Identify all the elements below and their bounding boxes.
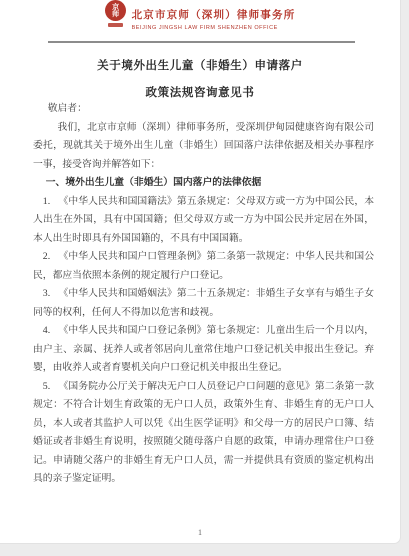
item-4-text: 《中华人民共和国户口登记条例》第七条规定：儿童出生后一个月以内，由户主、亲属、抚… [33,325,374,373]
firm-name-block: 北京市京师（深圳）律师事务所 BEIJING JINGSH LAW FIRM S… [132,2,296,31]
legal-item-5: 5.《国务院办公厅关于解决无户口人员登记户口问题的意见》第二条第一款规定：不符合… [33,378,374,489]
seal-circle-icon: 京 师 [105,0,126,21]
seal-char-bottom: 师 [112,11,119,18]
item-2-text: 《中华人民共和国户口管理条例》第二条第一款规定：中华人民共和国公民，都应当依照本… [33,251,374,281]
section-1-heading: 一、境外出生儿童（非婚生）国内落户的法律依据 [33,174,374,193]
document-title-line1: 关于境外出生儿童（非婚生）申请落户 [0,57,400,73]
document-title-line2: 政策法规咨询意见书 [0,84,400,100]
legal-item-1: 1.《中华人民共和国国籍法》第五条规定：父母双方或一方为中国公民，本人出生在外国… [33,193,374,249]
item-5-text: 《国务院办公厅关于解决无户口人员登记户口问题的意见》第二条第一款规定：不符合计划… [33,381,374,485]
document-page: 京 师 北京市京师（深圳）律师事务所 BEIJING JINGSH LAW FI… [0,0,401,544]
item-2-number: 2. [43,251,50,262]
document-body: 敬启者： 我们，北京市京师（深圳）律师事务所，受深圳伊甸园健康咨询有限公司委托，… [0,100,400,489]
item-3-number: 3. [43,288,50,299]
legal-item-2: 2.《中华人民共和国户口管理条例》第二条第一款规定：中华人民共和国公民，都应当依… [33,248,374,285]
salutation: 敬启者： [33,100,374,119]
legal-item-4: 4.《中华人民共和国户口登记条例》第七条规定：儿童出生后一个月以内，由户主、亲属… [33,322,374,378]
item-5-number: 5. [43,381,50,392]
item-4-number: 4. [43,325,50,336]
seal-bar [108,23,123,27]
letterhead-divider [48,41,355,43]
jingsh-seal-logo: 京 师 [105,0,127,32]
firm-name-chinese: 北京市京师（深圳）律师事务所 [132,7,296,22]
page-number: 1 [0,528,400,537]
item-1-number: 1. [43,196,50,207]
legal-item-3: 3.《中华人民共和国婚姻法》第二十五条规定：非婚生子女享有与婚生子女同等的权利，… [33,285,374,322]
item-3-text: 《中华人民共和国婚姻法》第二十五条规定：非婚生子女享有与婚生子女同等的权利，任何… [33,288,374,318]
item-1-text: 《中华人民共和国国籍法》第五条规定：父母双方或一方为中国公民，本人出生在外国，具… [33,196,374,244]
firm-name-english: BEIJING JINGSH LAW FIRM SHENZHEN OFFICE [132,25,296,31]
intro-paragraph: 我们，北京市京师（深圳）律师事务所，受深圳伊甸园健康咨询有限公司委托，现就其关于… [33,119,374,175]
letterhead: 京 师 北京市京师（深圳）律师事务所 BEIJING JINGSH LAW FI… [0,0,400,41]
